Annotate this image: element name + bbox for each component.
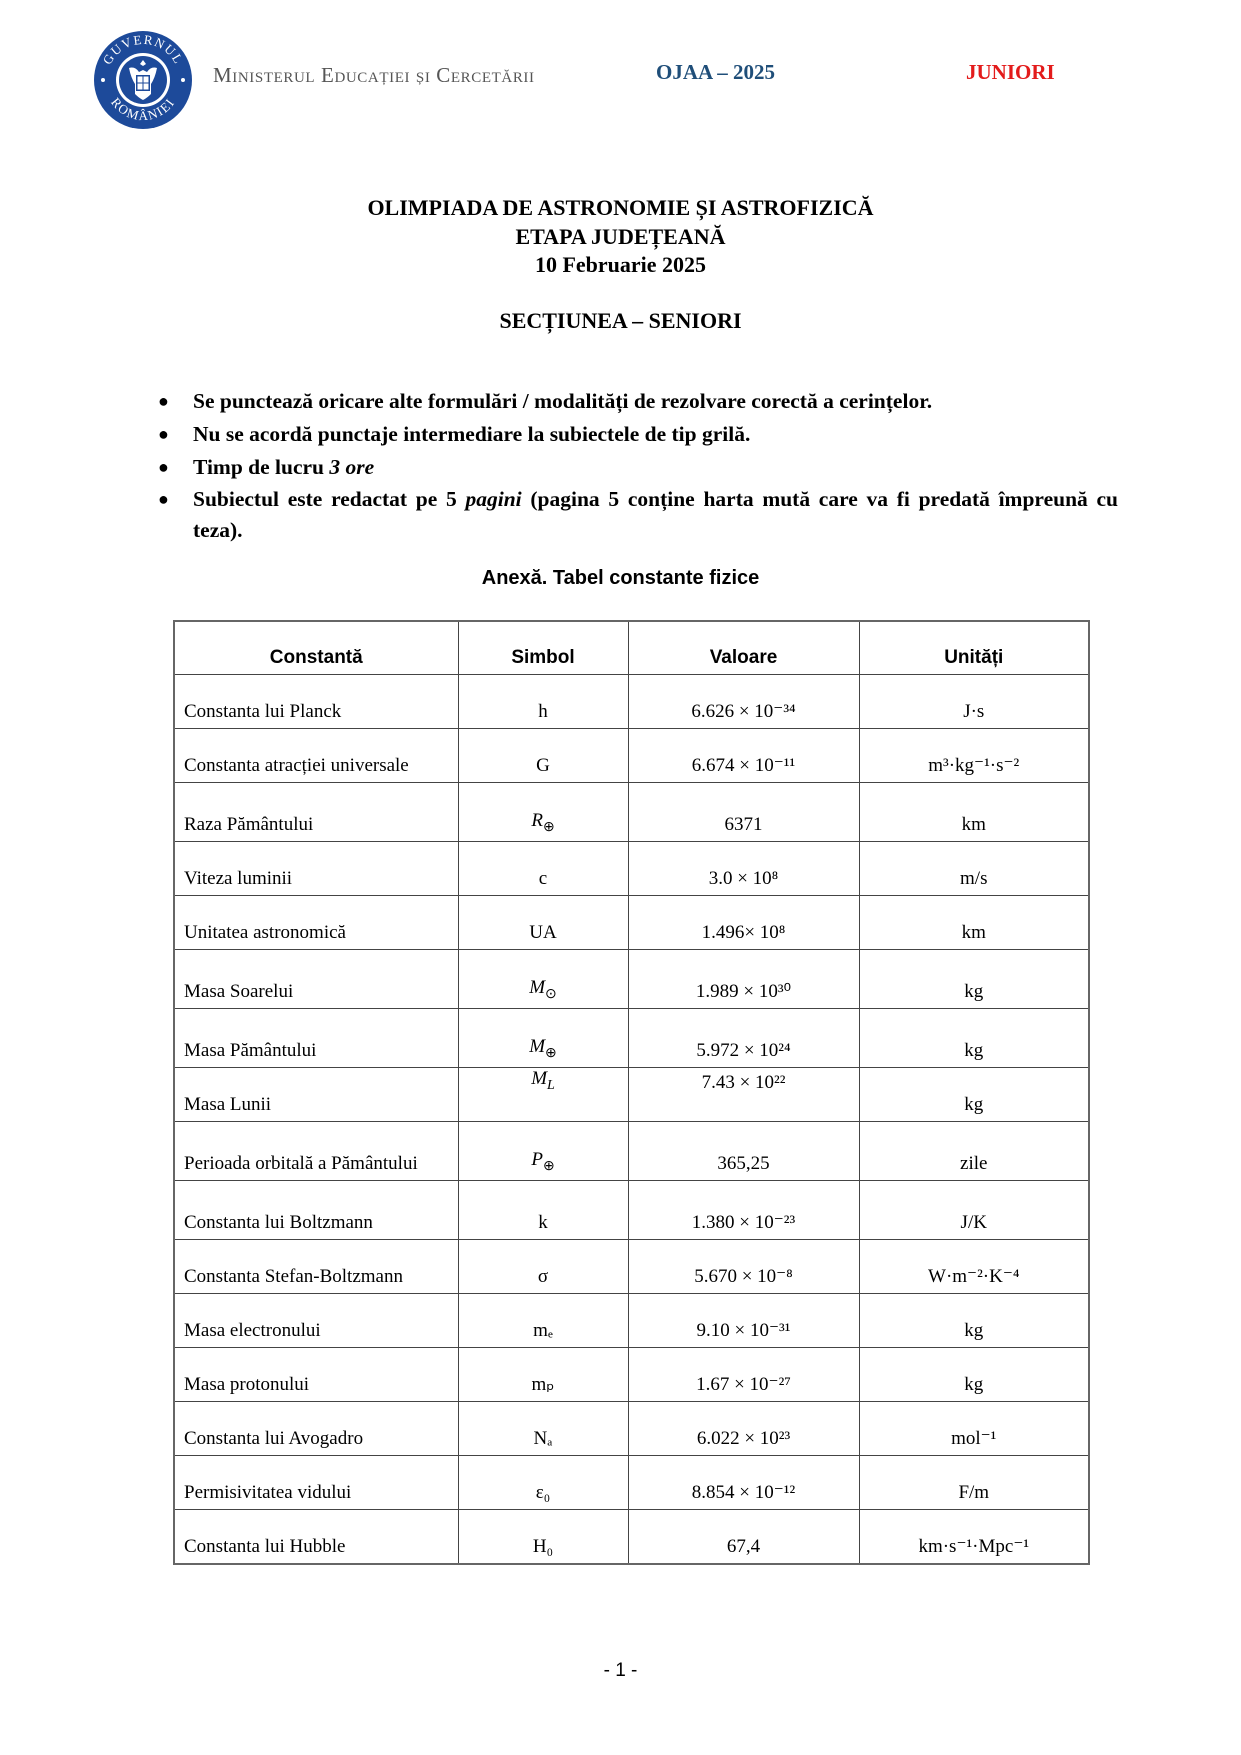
table-row: Constanta lui Planckh6.626 × 10⁻³⁴J·s: [174, 675, 1089, 729]
constant-unit-cell: kg: [859, 1068, 1089, 1122]
constant-symbol-cell: G: [458, 729, 628, 783]
constant-name-cell: Constanta Stefan-Boltzmann: [174, 1240, 458, 1294]
table-row: Masa LuniiML7.43 × 10²²kg: [174, 1068, 1089, 1122]
constant-value-cell: 6.674 × 10⁻¹¹: [628, 729, 859, 783]
document-title: OLIMPIADA DE ASTRONOMIE ȘI ASTROFIZICĂ E…: [0, 194, 1241, 280]
section-title: SECȚIUNEA – SENIORI: [0, 308, 1241, 334]
constant-name-cell: Masa Lunii: [174, 1068, 458, 1122]
constant-value-cell: 1.67 × 10⁻²⁷: [628, 1348, 859, 1402]
table-row: Unitatea astronomicăUA1.496× 10⁸km: [174, 896, 1089, 950]
table-row: Masa electronuluimₑ9.10 × 10⁻³¹kg: [174, 1294, 1089, 1348]
ministry-name: Ministerul Educației și Cercetării: [213, 63, 535, 88]
annex-title: Anexă. Tabel constante fizice: [0, 567, 1241, 590]
title-line-date: 10 Februarie 2025: [0, 251, 1241, 280]
constant-unit-cell: m³·kg⁻¹·s⁻²: [859, 729, 1089, 783]
table-row: Raza PământuluiR⊕6371km: [174, 783, 1089, 842]
table-row: Perioada orbitală a PământuluiP⊕365,25zi…: [174, 1122, 1089, 1181]
constant-name-cell: Viteza luminii: [174, 842, 458, 896]
constant-symbol-cell: M⊙: [458, 950, 628, 1009]
constant-symbol-cell: mₑ: [458, 1294, 628, 1348]
constant-symbol-cell: k: [458, 1181, 628, 1240]
constant-unit-cell: km·s⁻¹·Mpc⁻¹: [859, 1510, 1089, 1565]
table-row: Viteza luminiic3.0 × 10⁸m/s: [174, 842, 1089, 896]
instruction-item: ●Subiectul este redactat pe 5 pagini (pa…: [156, 484, 1118, 546]
constant-unit-cell: kg: [859, 1294, 1089, 1348]
instruction-item: ●Nu se acordă punctaje intermediare la s…: [156, 418, 1118, 451]
constant-value-cell: 5.972 × 10²⁴: [628, 1009, 859, 1068]
constant-name-cell: Constanta lui Boltzmann: [174, 1181, 458, 1240]
constant-value-cell: 6.022 × 10²³: [628, 1402, 859, 1456]
constant-symbol-cell: h: [458, 675, 628, 729]
table-header-row: Constantă Simbol Valoare Unități: [174, 621, 1089, 675]
constant-name-cell: Perioada orbitală a Pământului: [174, 1122, 458, 1181]
constant-name-cell: Masa Soarelui: [174, 950, 458, 1009]
constant-unit-cell: kg: [859, 1348, 1089, 1402]
constant-value-cell: 6.626 × 10⁻³⁴: [628, 675, 859, 729]
constant-name-cell: Constanta atracției universale: [174, 729, 458, 783]
bullet-icon: ●: [158, 484, 169, 515]
bullet-icon: ●: [158, 418, 169, 451]
constant-name-cell: Masa electronului: [174, 1294, 458, 1348]
constant-value-cell: 67,4: [628, 1510, 859, 1565]
constant-value-cell: 1.380 × 10⁻²³: [628, 1181, 859, 1240]
constant-symbol-cell: Nₐ: [458, 1402, 628, 1456]
constant-name-cell: Masa protonului: [174, 1348, 458, 1402]
government-logo: GUVERNUL ROMÂNIEI: [93, 30, 193, 130]
constant-unit-cell: kg: [859, 950, 1089, 1009]
table-row: Constanta lui HubbleH₀67,4km·s⁻¹·Mpc⁻¹: [174, 1510, 1089, 1565]
constant-name-cell: Constanta lui Planck: [174, 675, 458, 729]
constant-symbol-cell: UA: [458, 896, 628, 950]
constant-name-cell: Permisivitatea vidului: [174, 1456, 458, 1510]
table-row: Constanta Stefan-Boltzmannσ5.670 × 10⁻⁸W…: [174, 1240, 1089, 1294]
constant-name-cell: Unitatea astronomică: [174, 896, 458, 950]
constant-name-cell: Masa Pământului: [174, 1009, 458, 1068]
constant-symbol-cell: M⊕: [458, 1009, 628, 1068]
constant-symbol-cell: ML: [458, 1068, 628, 1122]
bullet-icon: ●: [158, 451, 169, 484]
instruction-item: ●Timp de lucru 3 ore: [156, 451, 1118, 484]
constant-symbol-cell: H₀: [458, 1510, 628, 1565]
page-number: - 1 -: [0, 1660, 1241, 1682]
instruction-item: ●Se punctează oricare alte formulări / m…: [156, 385, 1118, 418]
column-header-units: Unități: [859, 621, 1089, 675]
constant-value-cell: 3.0 × 10⁸: [628, 842, 859, 896]
constant-unit-cell: km: [859, 896, 1089, 950]
romanian-coat-of-arms-seal-icon: GUVERNUL ROMÂNIEI: [93, 30, 193, 130]
constant-value-cell: 6371: [628, 783, 859, 842]
constant-value-cell: 1.496× 10⁸: [628, 896, 859, 950]
constant-name-cell: Constanta lui Hubble: [174, 1510, 458, 1565]
instructions-list: ●Se punctează oricare alte formulări / m…: [156, 385, 1118, 546]
title-line-stage: ETAPA JUDEȚEANĂ: [0, 223, 1241, 252]
constant-value-cell: 5.670 × 10⁻⁸: [628, 1240, 859, 1294]
column-header-symbol: Simbol: [458, 621, 628, 675]
constant-symbol-cell: ε₀: [458, 1456, 628, 1510]
table-row: Masa protonuluimₚ1.67 × 10⁻²⁷kg: [174, 1348, 1089, 1402]
constant-symbol-cell: c: [458, 842, 628, 896]
physical-constants-table: Constantă Simbol Valoare Unități Constan…: [173, 620, 1090, 1565]
table-row: Constanta lui Boltzmannk1.380 × 10⁻²³J/K: [174, 1181, 1089, 1240]
column-header-value: Valoare: [628, 621, 859, 675]
constant-name-cell: Raza Pământului: [174, 783, 458, 842]
constant-unit-cell: zile: [859, 1122, 1089, 1181]
table-row: Masa PământuluiM⊕5.972 × 10²⁴kg: [174, 1009, 1089, 1068]
level-label: JUNIORI: [966, 60, 1055, 85]
constant-symbol-cell: mₚ: [458, 1348, 628, 1402]
constant-name-cell: Constanta lui Avogadro: [174, 1402, 458, 1456]
table-row: Permisivitatea viduluiε₀8.854 × 10⁻¹²F/m: [174, 1456, 1089, 1510]
constant-value-cell: 7.43 × 10²²: [628, 1068, 859, 1122]
column-header-constant: Constantă: [174, 621, 458, 675]
constant-unit-cell: km: [859, 783, 1089, 842]
table-row: Constanta atracției universaleG6.674 × 1…: [174, 729, 1089, 783]
constant-unit-cell: kg: [859, 1009, 1089, 1068]
constant-unit-cell: m/s: [859, 842, 1089, 896]
constant-symbol-cell: R⊕: [458, 783, 628, 842]
constant-value-cell: 9.10 × 10⁻³¹: [628, 1294, 859, 1348]
constant-symbol-cell: P⊕: [458, 1122, 628, 1181]
table-row: Constanta lui AvogadroNₐ6.022 × 10²³mol⁻…: [174, 1402, 1089, 1456]
constant-value-cell: 1.989 × 10³⁰: [628, 950, 859, 1009]
constant-unit-cell: J·s: [859, 675, 1089, 729]
constant-symbol-cell: σ: [458, 1240, 628, 1294]
table-row: Masa SoareluiM⊙1.989 × 10³⁰kg: [174, 950, 1089, 1009]
constant-unit-cell: F/m: [859, 1456, 1089, 1510]
constant-unit-cell: mol⁻¹: [859, 1402, 1089, 1456]
bullet-icon: ●: [158, 385, 169, 418]
competition-label: OJAA – 2025: [656, 60, 775, 85]
constant-value-cell: 365,25: [628, 1122, 859, 1181]
constant-value-cell: 8.854 × 10⁻¹²: [628, 1456, 859, 1510]
constant-unit-cell: W·m⁻²·K⁻⁴: [859, 1240, 1089, 1294]
constant-unit-cell: J/K: [859, 1181, 1089, 1240]
title-line-olympiad: OLIMPIADA DE ASTRONOMIE ȘI ASTROFIZICĂ: [0, 194, 1241, 223]
